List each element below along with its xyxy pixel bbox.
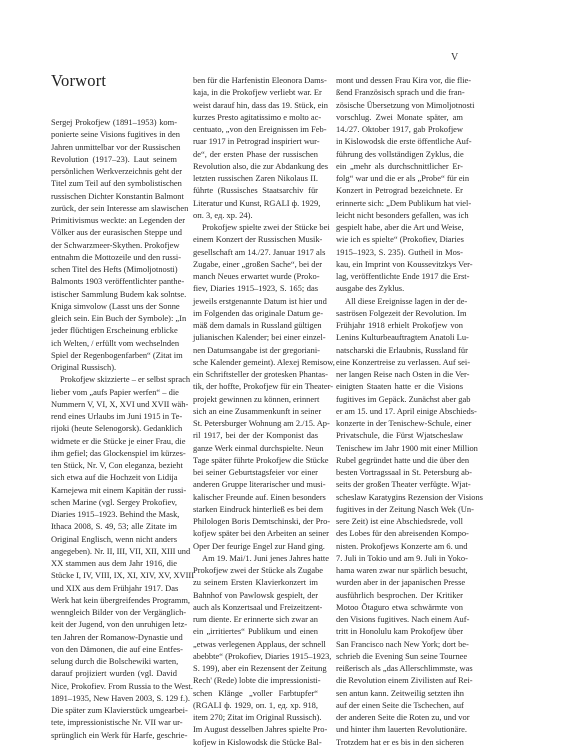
text-line: rend eines Urlaubs im Juni 1915 in Te- bbox=[51, 410, 177, 422]
text-line: starken Eindruck hinterließ es bei dem bbox=[193, 503, 318, 515]
text-line: schen Klänge „voller Farbtupfer“ bbox=[193, 687, 318, 699]
text-line: darauf projiziert wurden (vgl. David bbox=[51, 667, 177, 679]
text-line: Ithaca 2008, S. 49, 53; alle Zitate im bbox=[51, 520, 177, 532]
text-line: sche Kalender gemeint). Alexej Remisow, bbox=[193, 356, 318, 368]
text-line: eine Konzertreise zu verlassen. Auf sei- bbox=[336, 356, 463, 368]
text-line: Völker aus der eurasischen Steppe und bbox=[51, 226, 177, 238]
text-line: einem Konzert der Russischen Musik- bbox=[193, 233, 318, 245]
text-line: tritt in Honolulu kam Prokofjew über bbox=[336, 625, 463, 637]
text-line: Im August desselben Jahres spielte Pro- bbox=[193, 723, 318, 735]
text-line: All diese Ereignisse lagen in der de- bbox=[336, 295, 463, 307]
text-line: Kniga simvolow (Lasst uns der Sonne bbox=[51, 300, 177, 312]
text-line: ril 1917, bei der der Komponist das bbox=[193, 429, 318, 441]
text-line: ausführlich besprochen. Der Kritiker bbox=[336, 589, 463, 601]
text-line: saströsen Folgezeit der Revolution. Im bbox=[336, 307, 463, 319]
text-line: kofjew in Kislowodsk die Stücke Bal- bbox=[193, 736, 318, 748]
text-line: und XIX aus dem Frühjahr 1917. Das bbox=[51, 582, 177, 594]
text-line: Titel zum Teil auf den symbolistischen bbox=[51, 177, 177, 189]
text-line: ich Welten, / erfüllt vom wechselnden bbox=[51, 337, 177, 349]
text-line: Frühjahr 1918 erhielt Prokofjew von bbox=[336, 319, 463, 331]
text-column-1: Sergej Prokofjew (1891–1953) kom-poniert… bbox=[51, 116, 177, 741]
text-line: reißerisch als „das Allerschlimmste, was bbox=[336, 662, 463, 674]
text-line: projekt gewinnen zu können, erinnert bbox=[193, 393, 318, 405]
text-line: weist darauf hin, dass das 19. Stück, ei… bbox=[193, 99, 318, 111]
text-line: tik, der hoffte, Prokofjew für ein Theat… bbox=[193, 380, 318, 392]
text-line: kaja, in die Prokofjew verliebt war. Er bbox=[193, 86, 318, 98]
text-line: istischer Sammlung Budem kak solntse. bbox=[51, 288, 177, 300]
text-line: Rech' (Rede) lobte die impressionisti- bbox=[193, 674, 318, 686]
text-line: Am 19. Mai/1. Juni jenes Jahres hatte bbox=[193, 552, 318, 564]
text-line: mäß dem damals in Russland gültigen bbox=[193, 319, 318, 331]
text-line: Prokofjew zwei der Stücke als Zugabe bbox=[193, 564, 318, 576]
text-line: ruar 1917 in Petrograd inspiriert wur- bbox=[193, 135, 318, 147]
text-line: führte (Russisches Staatsarchiv für bbox=[193, 184, 318, 196]
text-line: zurück, der sein Interesse am slawischen bbox=[51, 202, 177, 214]
text-line: der anderen Seite die Roten zu, und vor bbox=[336, 711, 463, 723]
text-line: nisten. Prokofjews Konzerte am 6. und bbox=[336, 540, 463, 552]
text-line: Literatur und Kunst, RGALI ф. 1929, bbox=[193, 197, 318, 209]
text-line: natscharski die Erlaubnis, Russland für bbox=[336, 344, 463, 356]
text-line: S. 199), aber ein Rezensent der Zeitung bbox=[193, 662, 318, 674]
text-line: scheslaw Karatygins Rezension der Vision… bbox=[336, 491, 463, 503]
text-line: widmete er die Stücke je einer Frau, die bbox=[51, 435, 177, 447]
text-line: ein „irritiertes“ Publikum und einen bbox=[193, 625, 318, 637]
text-line: nen Datumsangabe ist der gregoriani- bbox=[193, 344, 318, 356]
text-line: Prokofjew skizzierte – er selbst sprach bbox=[51, 373, 177, 385]
text-line: fiev, Diaries 1915–1923, S. 165; das bbox=[193, 282, 318, 294]
text-line: manch Neues erwartet wurde (Proko- bbox=[193, 270, 318, 282]
text-line: San Francisco nach New York; dort be- bbox=[336, 638, 463, 650]
text-line: 1915–1923, S. 235). Gutheil in Mos- bbox=[336, 246, 463, 258]
text-column-3: mont und dessen Frau Kira vor, die flie-… bbox=[336, 74, 463, 748]
text-line: zu seinem Ersten Klavierkonzert im bbox=[193, 576, 318, 588]
text-line: gesellschaft am 14./27. Januar 1917 als bbox=[193, 246, 318, 258]
text-line: centuato, „von den Ereignissen im Feb- bbox=[193, 123, 318, 135]
text-line: Tenischew im Jahr 1900 mit einer Million bbox=[336, 442, 463, 454]
text-line: Stücke I, IV, VIII, IX, XI, XIV, XV, XVI… bbox=[51, 569, 177, 581]
text-line: jeweils erstgenannte Datum ist hier und bbox=[193, 295, 318, 307]
text-line: mont und dessen Frau Kira vor, die flie- bbox=[336, 74, 463, 86]
text-line: ten Stück, Nr. V, Con eleganza, bezieht bbox=[51, 459, 177, 471]
text-line: Original Englisch, wenn nicht anders bbox=[51, 533, 177, 545]
text-line: jeder flüchtigen Erscheinung erblicke bbox=[51, 324, 177, 336]
text-line: 14./27. Oktober 1917, gab Prokofjew bbox=[336, 123, 463, 135]
text-line: Oper Der feurige Engel zur Hand ging. bbox=[193, 540, 318, 552]
text-line: schen Marine (vgl. Sergey Prokofiev, bbox=[51, 496, 177, 508]
text-line: Prokofjew spielte zwei der Stücke bei bbox=[193, 221, 318, 233]
text-line: St. Petersburger Wohnung am 2./15. Ap- bbox=[193, 417, 318, 429]
text-line: rum diente. Er erinnerte sich zwar an bbox=[193, 613, 318, 625]
text-line: Bahnhof von Pawlowsk gespielt, der bbox=[193, 589, 318, 601]
text-line: kau, ein Imprint von Koussevitzkys Ver- bbox=[336, 258, 463, 270]
text-line: und hinter ihm lauerten Revolutionäre. bbox=[336, 723, 463, 735]
text-line: von den Dämonen, die auf eine Entfes- bbox=[51, 643, 177, 655]
text-line: Die später zum Klavierstück umgearbei- bbox=[51, 704, 177, 716]
text-line: in Kislowodsk die erste öffentliche Auf- bbox=[336, 135, 463, 147]
text-line: gespielt habe, aber die Art und Weise, bbox=[336, 221, 463, 233]
text-line: erinnerte sich: „Dem Publikum hat viel- bbox=[336, 197, 463, 209]
text-line: Werk hat kein übergreifendes Programm, bbox=[51, 594, 177, 606]
text-line: Privatschule, die Fürst Wjatscheslaw bbox=[336, 429, 463, 441]
text-line: persönlichen Werkverzeichnis geht der bbox=[51, 165, 177, 177]
text-line: kalischer Freunde auf. Einen besonders bbox=[193, 491, 318, 503]
text-line: Spiel der Regenbogenfarben“ (Zitat im bbox=[51, 349, 177, 361]
text-line: vorschlug. Zwei Monate später, am bbox=[336, 111, 463, 123]
text-line: angegeben). Nr. II, III, VII, XII, XIII … bbox=[51, 545, 177, 557]
text-line: im Folgenden das originale Datum ge- bbox=[193, 307, 318, 319]
text-line: wie ich es spielte“ (Prokofiev, Diaries bbox=[336, 233, 463, 245]
text-line: Zugabe, einer „großen Sache“, bei der bbox=[193, 258, 318, 270]
text-line: 1891–1935, New Haven 2003, S. 129 f.). bbox=[51, 692, 177, 704]
text-line: führung des vollständigen Zyklus, die bbox=[336, 148, 463, 160]
text-line: Revolution (1917–23). Laut seinem bbox=[51, 153, 177, 165]
text-line: letzten russischen Zaren Nikolaus II. bbox=[193, 172, 318, 184]
text-line: leicht nicht besonders gefallen, was ich bbox=[336, 209, 463, 221]
text-line: ein „mehr als durchschnittlicher Er- bbox=[336, 160, 463, 172]
text-line: ausgabe des Zyklus. bbox=[336, 282, 463, 294]
text-line: Nummern V, VI, X, XVI und XVII wäh- bbox=[51, 398, 177, 410]
text-line: des Lobes für den abreisenden Kompo- bbox=[336, 527, 463, 539]
text-line: schrieb die Evening Sun seine Tournee bbox=[336, 650, 463, 662]
page-title: Vorwort bbox=[51, 71, 106, 91]
text-line: ganze Werk einmal durchspielte. Neun bbox=[193, 442, 318, 454]
text-line: folg“ war und die er als „Probe“ für ein bbox=[336, 172, 463, 184]
text-line: Konzert in Petrograd bezeichnete. Er bbox=[336, 184, 463, 196]
text-line: „etwas verlegenen Applaus, der schnell bbox=[193, 638, 318, 650]
text-line: Balmonts 1903 veröffentlichter panthe- bbox=[51, 275, 177, 287]
text-line: kurzes Presto agitatissimo e molto ac- bbox=[193, 111, 318, 123]
text-line: kofjew später bei den Arbeiten an seiner bbox=[193, 527, 318, 539]
text-line: ein Schriftsteller der grotesken Phantas… bbox=[193, 368, 318, 380]
text-line: sich an eine Zusammenkunft in seiner bbox=[193, 405, 318, 417]
text-line: Trotzdem hat er es bis in den sicheren bbox=[336, 736, 463, 748]
text-line: ben für die Harfenistin Eleonora Dams- bbox=[193, 74, 318, 86]
text-line: besten Vortragssaal in St. Petersburg ab… bbox=[336, 466, 463, 478]
text-line: ner langen Reise nach Osten in die Ver- bbox=[336, 368, 463, 380]
text-line: Original Russisch). bbox=[51, 361, 177, 373]
page-number: V bbox=[451, 52, 458, 63]
text-line: sen antun kann. Zeitweilig setzten ihn bbox=[336, 687, 463, 699]
text-line: item 270; Zitat im Original Russisch). bbox=[193, 711, 318, 723]
text-line: selung durch die Bolschewiki warten, bbox=[51, 655, 177, 667]
text-line: sere Zeit) ist eine Abschiedsrede, voll bbox=[336, 515, 463, 527]
text-line: fugitives in der Zeitung Nasch Wek (Un- bbox=[336, 503, 463, 515]
text-line: Nice, Prokofiev. From Russia to the West… bbox=[51, 680, 177, 692]
text-line: er am 15. und 17. April einige Abschieds… bbox=[336, 405, 463, 417]
text-line: die Revolution einem Zivilisten auf Rei- bbox=[336, 674, 463, 686]
text-line: Lenins Kulturbeauftragtem Anatoli Lu- bbox=[336, 331, 463, 343]
text-line: sprünglich ein Werk für Harfe, geschrie- bbox=[51, 729, 177, 741]
text-line: Rubel gegründet hatte und die über den bbox=[336, 454, 463, 466]
text-line: seits der großen Theater verfügte. Wjat- bbox=[336, 478, 463, 490]
text-line: fugitives im Gepäck. Zunächst aber gab bbox=[336, 393, 463, 405]
text-line: schen Titel des Hefts (Mimoljotnosti) bbox=[51, 263, 177, 275]
text-line: entnahm die Mottozeile und den russi- bbox=[51, 251, 177, 263]
text-line: Primitivismus weckte: an Legenden der bbox=[51, 214, 177, 226]
text-line: Tage später führte Prokofjew die Stücke bbox=[193, 454, 318, 466]
text-line: tete, impressionistische Nr. VII war ur- bbox=[51, 716, 177, 728]
text-line: Philologen Boris Demtschinski, der Pro- bbox=[193, 515, 318, 527]
text-line: bei seiner Geburtstagsfeier vor einer bbox=[193, 466, 318, 478]
text-line: den Visions fugitives. Nach einem Auf- bbox=[336, 613, 463, 625]
text-line: ten Jahren der Romanow-Dynastie und bbox=[51, 631, 177, 643]
text-column-2: ben für die Harfenistin Eleonora Dams-ka… bbox=[193, 74, 318, 748]
text-line: de“, der ersten Phase der russischen bbox=[193, 148, 318, 160]
text-line: Jahren unmittelbar vor der Russischen bbox=[51, 141, 177, 153]
text-line: 7. Juli in Tokio und am 9. Juli in Yoko- bbox=[336, 552, 463, 564]
text-line: Karnejewa mit einem Kapitän der russi- bbox=[51, 484, 177, 496]
text-line: lieber vom „aufs Papier werfen“ – die bbox=[51, 386, 177, 398]
text-line: anderen Gruppe literarischer und musi- bbox=[193, 478, 318, 490]
text-line: auch als Konzertsaal und Freizeitzent- bbox=[193, 601, 318, 613]
text-line: Diaries 1915–1923. Behind the Mask, bbox=[51, 508, 177, 520]
text-line: (RGALI ф. 1929, оп. 1, ед. хр. 918, bbox=[193, 699, 318, 711]
text-line: ßend Französisch sprach und die fran- bbox=[336, 86, 463, 98]
text-line: gleich sein. Ein Buch der Symbole): „In bbox=[51, 312, 177, 324]
text-line: оп. 3, ед. хр. 24). bbox=[193, 209, 318, 221]
text-line: julianischen Kalender; bei einer einzel- bbox=[193, 331, 318, 343]
text-line: hama waren zwar nur spärlich besucht, bbox=[336, 564, 463, 576]
text-line: der Schwarzmeer-Skythen. Prokofjew bbox=[51, 239, 177, 251]
text-line: Sergej Prokofjew (1891–1953) kom- bbox=[51, 116, 177, 128]
text-line: ihm gefiel; das Glockenspiel im kürzes- bbox=[51, 447, 177, 459]
text-line: XX stammen aus dem Jahr 1916, die bbox=[51, 557, 177, 569]
text-line: auf der einen Seite die Tschechen, auf bbox=[336, 699, 463, 711]
text-line: russischen Dichter Konstantin Balmont bbox=[51, 190, 177, 202]
text-line: lag, veröffentlichte Ende 1917 die Erst- bbox=[336, 270, 463, 282]
text-line: rijoki (heute Selenogorsk). Gedanklich bbox=[51, 422, 177, 434]
text-line: keit der Jugend, von den unruhigen letz- bbox=[51, 618, 177, 630]
text-line: Revolution also, die zur Abdankung des bbox=[193, 160, 318, 172]
text-line: Motoo Ōtaguro etwa schwärmte von bbox=[336, 601, 463, 613]
text-line: konzerte in der Tenischew-Schule, einer bbox=[336, 417, 463, 429]
text-line: einigten Staaten hatte er die Visions bbox=[336, 380, 463, 392]
text-line: sich etwa auf die Hochzeit von Lidija bbox=[51, 471, 177, 483]
text-line: zösische Übersetzung von Mimoljotnosti bbox=[336, 99, 463, 111]
text-line: abebbte“ (Prokofiev, Diaries 1915–1923, bbox=[193, 650, 318, 662]
text-line: wurden aber in der japanischen Presse bbox=[336, 576, 463, 588]
text-line: wenngleich Bilder von der Vergänglich- bbox=[51, 606, 177, 618]
text-line: ponierte seine Visions fugitives in den bbox=[51, 128, 177, 140]
